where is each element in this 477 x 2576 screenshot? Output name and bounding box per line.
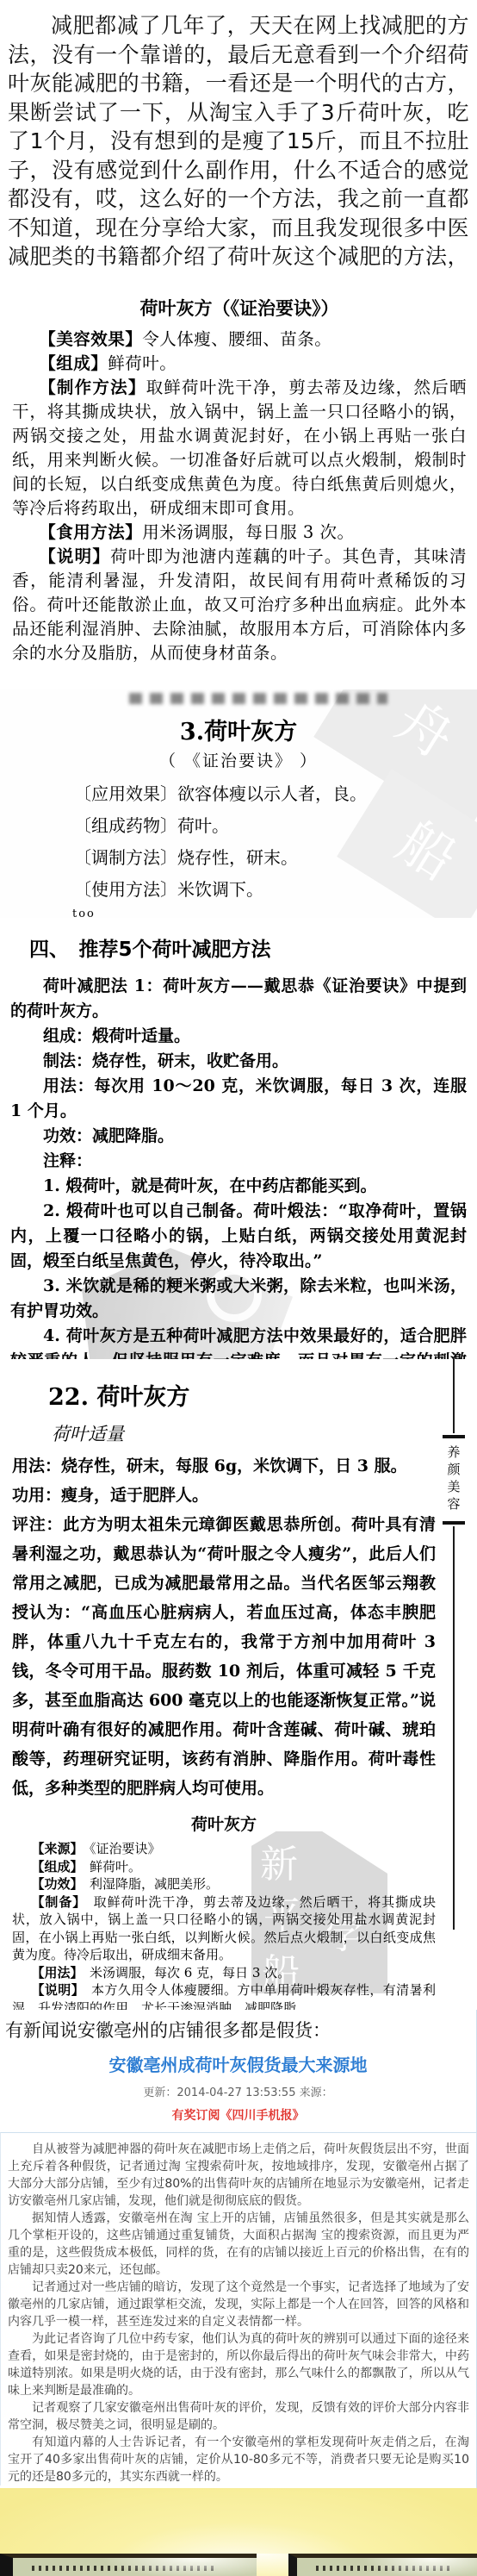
entry-text: 《证治要诀》: [90, 1841, 161, 1856]
book-excerpt-1: 荷叶灰方（《证治要诀》） 【美容效果】令人体瘦、腰细、苗条。 【组成】鲜荷叶。 …: [0, 274, 477, 689]
book2-subtitle: （ 《证治要诀》 ）: [0, 748, 477, 771]
entry-text: 令人体瘦、腰细、苗条。: [142, 329, 331, 349]
commentary-paragraph: 评注：此方为明太祖朱元璋御医戴思恭所创。荷叶具有清暑利湿之功，戴思恭认为“荷叶服…: [12, 1510, 436, 1803]
source-entry: 【组成】 鲜荷叶。: [12, 1858, 436, 1876]
news-intro-heading: 有新闻说安徽亳州的店铺很多都是假货：: [5, 2017, 471, 2043]
book-entry: 【美容效果】令人体瘦、腰细、苗条。: [12, 327, 467, 352]
entry-label: 【说明】: [32, 1982, 78, 1998]
entry-text: 米汤调服，每次 6 克，每日 3 次。: [90, 1965, 290, 1980]
entry-label: 【来源】: [32, 1841, 77, 1856]
photo-right: [288, 2554, 477, 2576]
source-entry: 【用法】 米汤调服，每次 6 克，每日 3 次。: [12, 1964, 436, 1982]
rule-bar: [443, 1521, 465, 1525]
news-section: 有新闻说安徽亳州的店铺很多都是假货： 安徽亳州成荷叶灰假货最大来源地 更新：20…: [0, 2010, 477, 2488]
page-margin-label: 养颜美容: [445, 1440, 463, 1519]
news-promo-link[interactable]: 有奖订阅《四川手机报》: [0, 2106, 476, 2124]
entry-text: 鲜荷叶。: [108, 353, 177, 373]
news-paragraph: 据知情人透露，安徽亳州在淘 宝上开的店铺，店铺虽然很多，但是其实就是那么几个掌柜…: [8, 2210, 469, 2279]
book-entry: 〔组成药物〕荷叶。: [0, 810, 477, 842]
method-item: 制法：烧存性，研末，收贮备用。: [10, 1049, 467, 1074]
entry-text: 此方为明太祖朱元璋御医戴思恭所创。荷叶具有清暑利湿之功，戴思恭认为“荷叶服之令人…: [12, 1515, 436, 1798]
section-heading: 四、 推荐5个荷叶减肥方法: [29, 933, 467, 962]
entry-label: 【功效】: [32, 1876, 77, 1892]
method-intro: 荷叶减肥法 1：荷叶灰方——戴思恭《证治要诀》中提到的荷叶灰方。: [10, 974, 467, 1024]
source-entry: 【功效】 利湿降脂，减肥美形。: [12, 1875, 436, 1893]
photo-detail: [32, 2566, 214, 2571]
entry-label: 【用法】: [32, 1965, 77, 1980]
entry-label: 〔使用方法〕: [74, 879, 177, 900]
entry-text: 米饮调下。: [177, 879, 263, 900]
recommend-methods-section: 四、 推荐5个荷叶减肥方法 荷叶减肥法 1：荷叶灰方——戴思恭《证治要诀》中提到…: [0, 918, 477, 1359]
page-margin-rule: 养颜美容: [441, 1359, 467, 1930]
entry-label: 用法：: [12, 1456, 61, 1475]
method-item: 功效：减肥降脂。: [10, 1124, 467, 1149]
book2-title: 3.荷叶灰方: [0, 713, 477, 746]
method-note: 4. 荷叶灰方是五种荷叶减肥方法中效果最好的，适合肥胖较严重的人，但坚持服用有一…: [10, 1324, 467, 1359]
book-entry: 【制作方法】取鲜荷叶洗干净，剪去蒂及边缘，然后晒干，将其撕成块状，放入锅中，锅上…: [12, 376, 467, 521]
news-headline-link[interactable]: 安徽亳州成荷叶灰假货最大来源地: [0, 2051, 476, 2076]
method-item: 用法：每次用 10～20 克，米饮调服，每日 3 次，连服 1 个月。: [10, 1074, 467, 1124]
book1-title: 荷叶灰方（《证治要诀》）: [12, 295, 467, 321]
entry-label: 【组成】: [32, 1859, 77, 1874]
entry-text: 瘦身，适于肥胖人。: [61, 1486, 208, 1505]
photo-detail: [316, 2566, 451, 2571]
book-entry: 【食用方法】用米汤调服，每日服 3 次。: [12, 521, 467, 545]
usage-line: 用法：烧存性，研末，每服 6g，米饮调下，日 3 服。: [12, 1451, 436, 1481]
entry-label: 评注：: [12, 1515, 63, 1534]
ingredient-line: 荷叶适量: [52, 1420, 436, 1446]
book-entry: 〔调制方法〕烧存性，研末。: [0, 842, 477, 874]
entry-label: 【组成】: [39, 353, 108, 373]
entry-text: 取鲜荷叶洗干净，剪去蒂及边缘，然后晒干，将其撕成块状，放入锅中，锅上盖一只口径略…: [12, 377, 467, 518]
entry-text: 用米汤调服，每日服 3 次。: [142, 522, 354, 542]
method-item: 组成：煅荷叶适量。: [10, 1024, 467, 1049]
book-entry: 【说明】荷叶即为池溏内莲藕的叶子。其色青，其味清香，能清利暑湿，升发清阳，故民间…: [12, 545, 467, 665]
entry-text: 鲜荷叶。: [90, 1859, 141, 1874]
rule-line: [453, 1526, 455, 1930]
book-entry: 〔应用效果〕欲容体瘦以示人者，良。: [0, 778, 477, 810]
news-paragraph: 自从被誉为减肥神器的荷叶灰在减肥市场上走俏之后，荷叶灰假货层出不穷，世面上充斥着…: [8, 2141, 469, 2210]
entry-text: 欲容体瘦以示人者，良。: [177, 783, 367, 804]
book-excerpt-2: 舟 船 3.荷叶灰方 （ 《证治要诀》 ） 〔应用效果〕欲容体瘦以示人者，良。 …: [0, 689, 477, 918]
intro-section: 减肥都减了几年了，天天在网上找减肥的方法，没有一个靠谱的，最后无意看到一个介绍荷…: [0, 0, 477, 274]
method-note: 2. 煅荷叶也可以自己制备。荷叶煅法：“取净荷叶，置锅内，上覆一口径略小的锅，上…: [10, 1199, 467, 1274]
entry-text: 利湿降脂，减肥美形。: [90, 1876, 219, 1892]
entry-text: 烧存性，研末，每服 6g，米饮调下，日 3 服。: [61, 1456, 407, 1475]
entry-text: 荷叶。: [177, 815, 229, 836]
news-paragraph: 记者观察了几家安徽亳州出售荷叶灰的评价，发现，反馈有效的评价大部分内容非常空洞，…: [8, 2399, 469, 2434]
method-note: 1. 煅荷叶，就是荷叶灰，在中药店都能买到。: [10, 1174, 467, 1199]
source-entry: 【制备】 取鲜荷叶洗干净，剪去蒂及边缘，然后晒干，将其撕成块状，放入锅中，锅上盖…: [12, 1893, 436, 1964]
news-paragraph: 有知道内幕的人士告诉记者，有一个安徽亳州的掌柜发现荷叶灰走俏之后，在淘 宝开了4…: [8, 2434, 469, 2486]
entry-label: 功用：: [12, 1486, 61, 1505]
entry-label: 【食用方法】: [39, 522, 142, 542]
source-entry: 【说明】 本方久用令人体瘦腰细。方中单用荷叶煅灰存性，有清暑利湿、升发清阳的作用…: [12, 1981, 436, 2010]
rule-bar: [443, 1435, 465, 1438]
news-body: 自从被誉为减肥神器的荷叶灰在减肥市场上走俏之后，荷叶灰假货层出不穷，世面上充斥着…: [0, 2132, 476, 2486]
method-item: 注释：: [10, 1149, 467, 1174]
book-excerpt-3: 新 平 学 船 养颜美容 22. 荷叶灰方 荷叶适量 用法：烧存性，研末，每服 …: [0, 1359, 477, 2010]
entry-label: 【制作方法】: [39, 377, 146, 397]
news-paragraph: 记者通过对一些店铺的暗访，发现了这个竟然是一个事实，记者选择了地域为了安徽亳州的…: [8, 2279, 469, 2330]
yellow-banner: [0, 2488, 477, 2554]
intro-paragraph: 减肥都减了几年了，天天在网上找减肥的方法，没有一个靠谱的，最后无意看到一个介绍荷…: [8, 11, 469, 274]
book3-heading: 22. 荷叶灰方: [48, 1378, 436, 1412]
photo-left: [0, 2554, 257, 2576]
book-entry: 〔使用方法〕米饮调下。: [0, 874, 477, 906]
entry-text: 烧存性，研末。: [177, 847, 298, 868]
entry-label: 【美容效果】: [39, 329, 142, 349]
method-note: 3. 米饮就是稀的粳米粥或大米粥，除去米粒，也叫米汤，有护胃功效。: [10, 1274, 467, 1324]
entry-label: 〔应用效果〕: [74, 783, 177, 804]
entry-label: 【说明】: [39, 546, 110, 566]
function-line: 功用：瘦身，适于肥胖人。: [12, 1481, 436, 1510]
article-page: 减肥都减了几年了，天天在网上找减肥的方法，没有一个靠谱的，最后无意看到一个介绍荷…: [0, 0, 477, 2576]
news-meta: 更新：2014-04-27 13:53:55 来源：: [0, 2083, 476, 2099]
news-paragraph: 为此记者咨询了几位中药专家，他们认为真的荷叶灰的辨别可以通过下面的途径来查看，如…: [8, 2330, 469, 2399]
entry-label: 【制备】: [32, 1894, 80, 1910]
product-photos: [0, 2554, 477, 2576]
source-entry: 【来源】 《证治要诀》: [12, 1840, 436, 1858]
rule-line: [453, 1359, 455, 1433]
formula-title: 荷叶灰方: [12, 1812, 436, 1835]
book-entry: 【组成】鲜荷叶。: [12, 352, 467, 376]
entry-label: 〔调制方法〕: [74, 847, 177, 868]
entry-label: 〔组成药物〕: [74, 815, 177, 836]
page-number-artifact: too: [72, 908, 477, 918]
blurred-text-remnant: [129, 693, 387, 704]
